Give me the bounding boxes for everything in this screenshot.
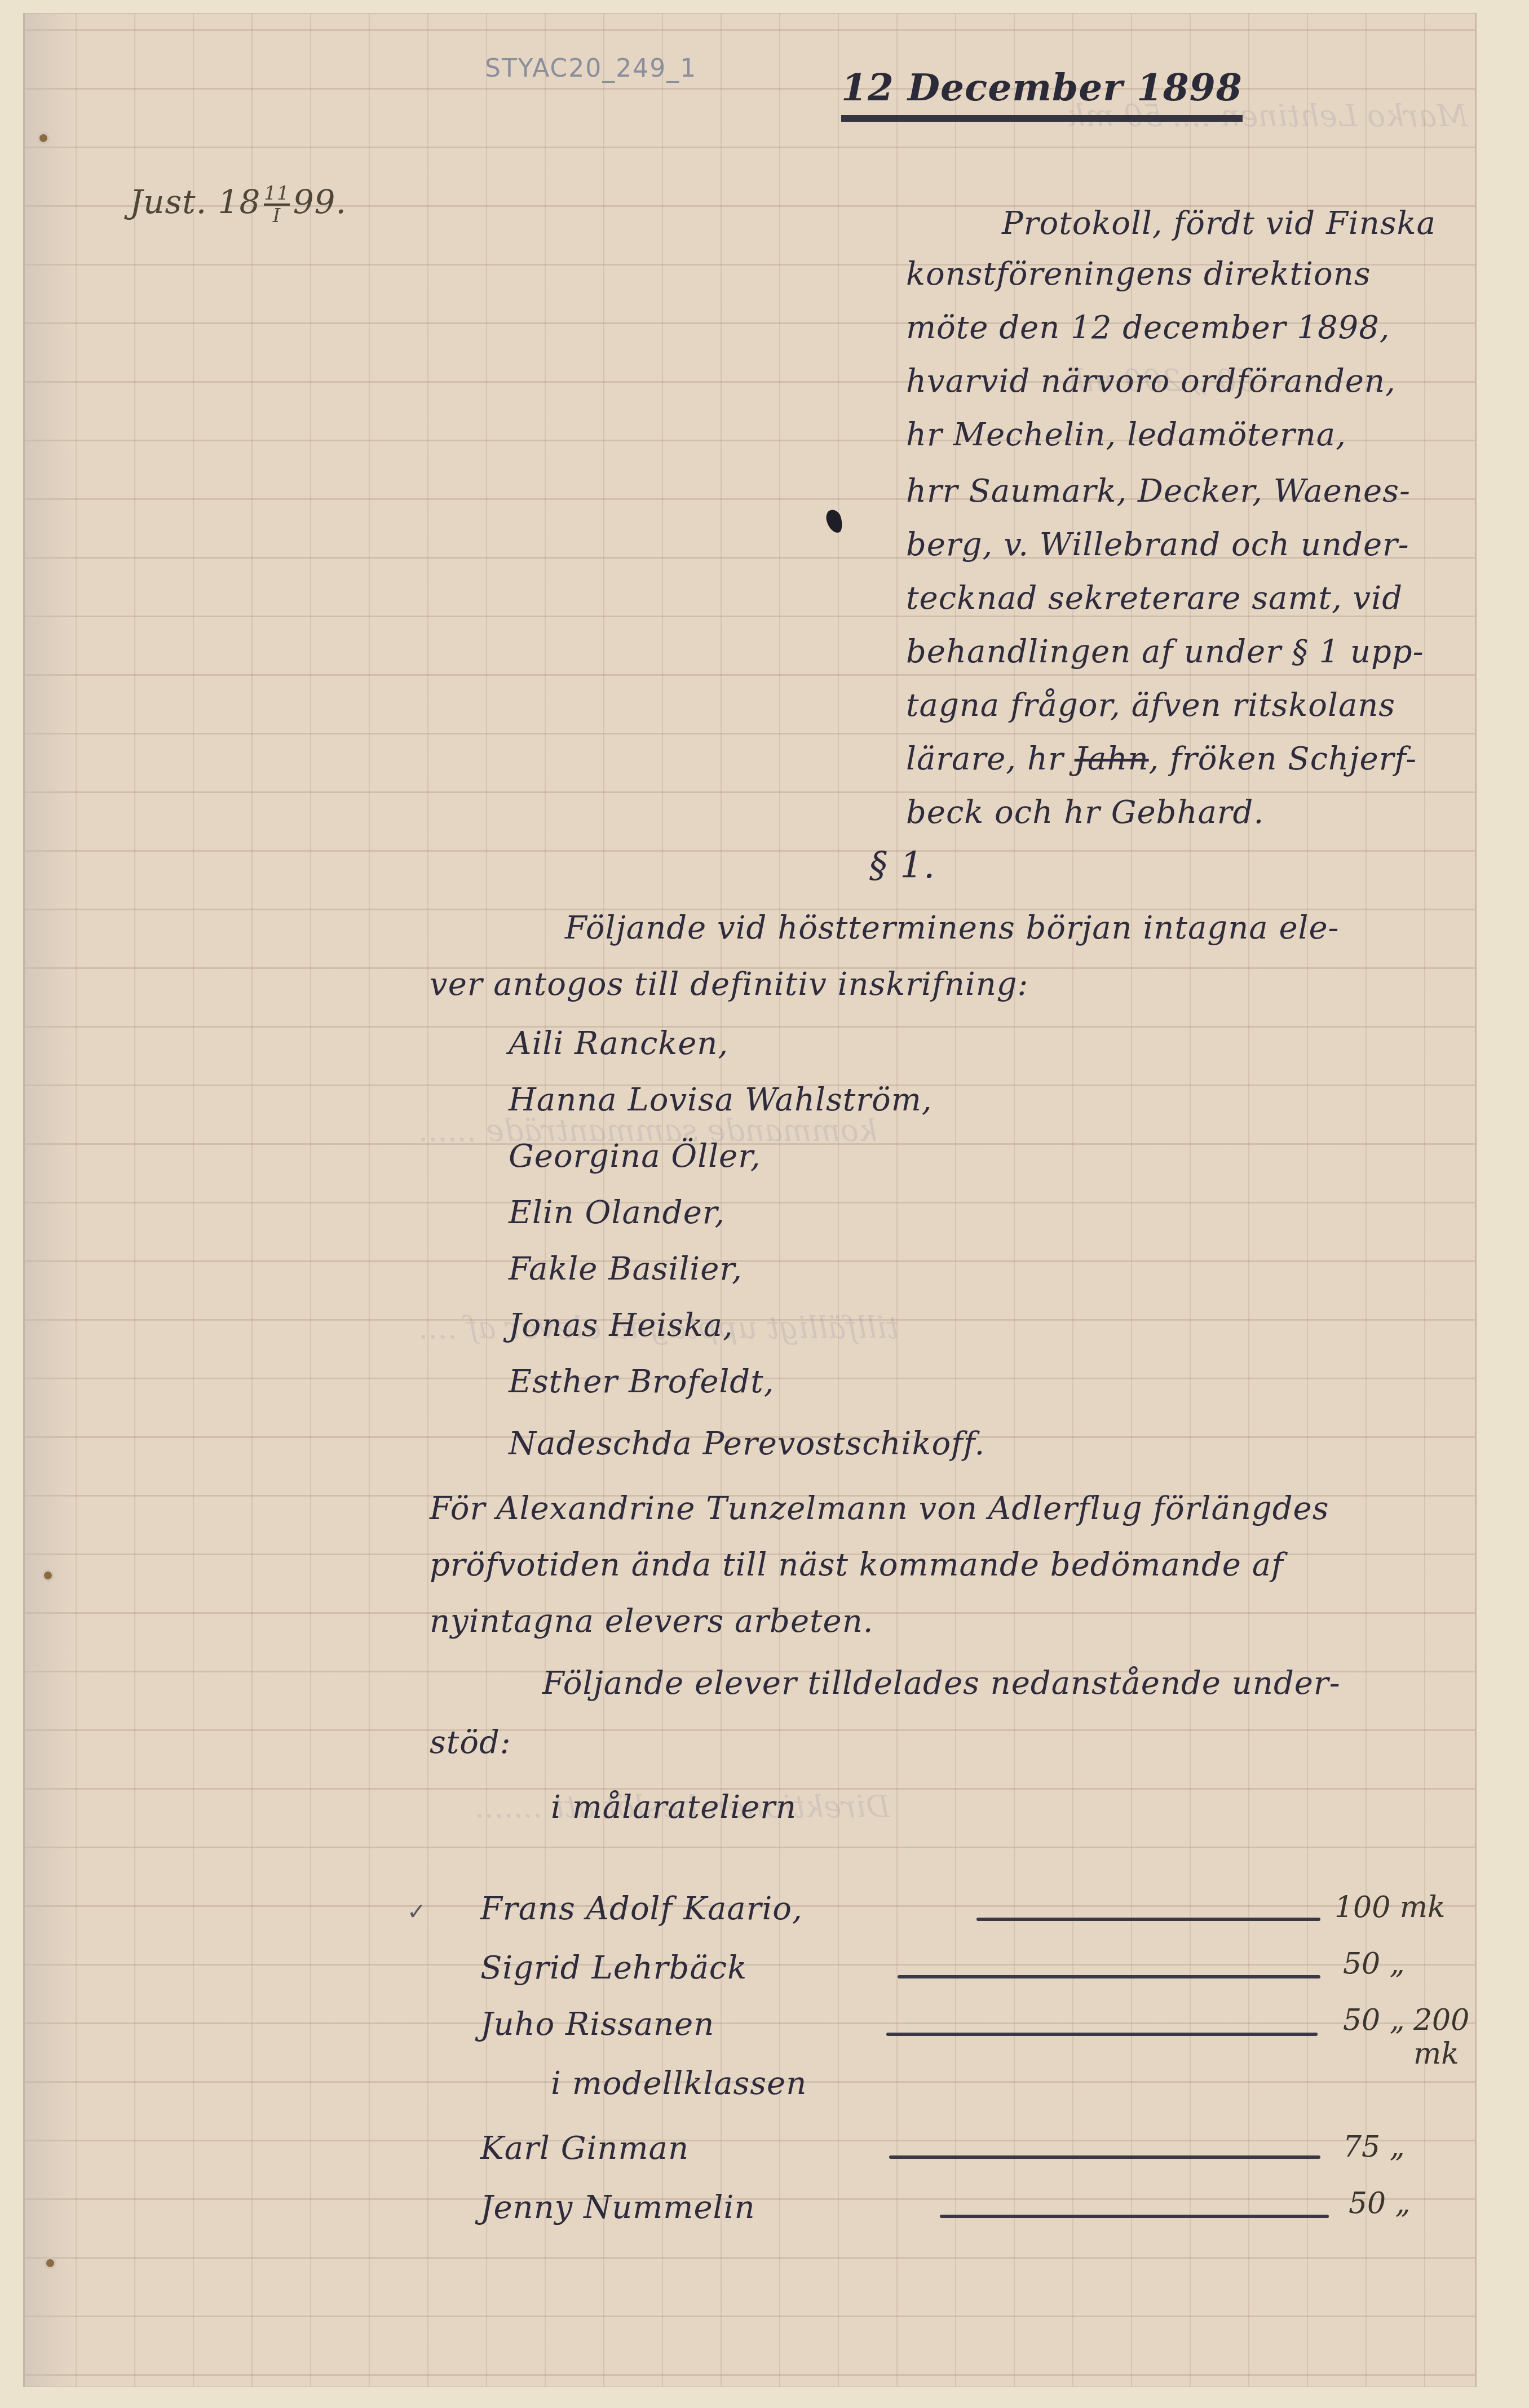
student-name: Aili Rancken, — [509, 1025, 728, 1062]
preamble-line: hvarvid närvoro ordföranden, — [906, 363, 1396, 400]
paragraph-line: pröfvotiden ända till näst kommande bedö… — [430, 1547, 1284, 1583]
leader-line — [898, 1975, 1320, 1978]
preamble-line: lärare, hr Jahn, fröken Schjerf- — [906, 741, 1417, 777]
stipend-amount: 50 „ — [1349, 2186, 1411, 2220]
approval-prefix: Just. 18 — [130, 183, 260, 221]
fraction-top: 11 — [264, 183, 289, 206]
paragraph-line: Följande vid höstterminens början intagn… — [565, 910, 1340, 946]
stipend-recipient: Juho Rissanen — [480, 2006, 714, 2043]
stipend-amount: 50 „ — [1343, 2003, 1405, 2037]
student-name: Hanna Lovisa Wahlström, — [509, 1082, 933, 1118]
student-name: Esther Brofeldt, — [509, 1364, 774, 1400]
struck-word: Jahn — [1075, 741, 1149, 777]
section-heading: § 1. — [869, 845, 935, 887]
preamble-line: konstföreningens direktions — [906, 256, 1371, 293]
leader-line — [976, 1918, 1320, 1921]
preamble-line: berg, v. Willebrand och under- — [906, 526, 1409, 563]
paragraph-line: För Alexandrine Tunzelmann von Adlerflug… — [430, 1490, 1329, 1527]
paragraph-line: stöd: — [430, 1724, 511, 1761]
preamble-line: hrr Saumark, Decker, Waenes- — [906, 473, 1411, 510]
stipend-amount: 75 „ — [1343, 2130, 1405, 2164]
date-heading: 12 December 1898 — [841, 65, 1243, 122]
student-name: Jonas Heiska, — [509, 1307, 733, 1344]
stipend-amount: 100 mk — [1334, 1891, 1446, 1924]
preamble-line: Protokoll, fördt vid Finska — [1002, 205, 1436, 242]
stipend-subtotal: 200 mk — [1413, 2003, 1476, 2071]
preamble-line: behandlingen af under § 1 upp- — [906, 634, 1424, 670]
preamble-line-end: fröken Schjerf- — [1170, 741, 1417, 777]
archive-id-stamp: STYAC20_249_1 — [485, 54, 697, 83]
leader-line — [889, 2155, 1320, 2159]
check-mark-icon: ✓ — [407, 1899, 426, 1925]
leader-line — [940, 2215, 1329, 2218]
stipend-recipient: Sigrid Lehrbäck — [480, 1950, 747, 1986]
manuscript-page: Marko Lehtinen .... 50 mk ............ 5… — [24, 14, 1476, 2387]
stipend-recipient: Jenny Nummelin — [480, 2189, 755, 2226]
paragraph-line: ver antogos till definitiv inskrifning: — [430, 966, 1028, 1003]
student-name: Fakle Basilier, — [509, 1251, 743, 1287]
stipend-group-heading: i modellklassen — [551, 2065, 807, 2102]
punch-hole-top — [37, 132, 50, 144]
punch-hole-middle — [42, 1569, 54, 1582]
student-name: Nadeschda Perevostschikoff. — [509, 1426, 985, 1462]
leader-line — [886, 2033, 1318, 2036]
punch-hole-bottom — [44, 2257, 56, 2269]
stipend-group-heading: i målarateliern — [551, 1789, 797, 1826]
student-name: Elin Olander, — [509, 1194, 725, 1231]
ink-blot — [824, 508, 845, 534]
stipend-amount: 50 „ — [1343, 1947, 1405, 1981]
preamble-line: hr Mechelin, ledamöterna, — [906, 417, 1346, 453]
paragraph-line: Följande elever tilldelades nedanstående… — [542, 1665, 1341, 1702]
preamble-line: beck och hr Gebhard. — [906, 794, 1264, 831]
approval-suffix: 99. — [293, 183, 347, 221]
fraction-bottom: I — [264, 206, 289, 226]
approval-date-fraction: 11I — [264, 183, 289, 226]
preamble-line-start: lärare, hr — [906, 741, 1064, 777]
preamble-line: tecknad sekreterare samt, vid — [906, 580, 1403, 617]
preamble-line: tagna frågor, äfven ritskolans — [906, 687, 1395, 724]
student-name: Georgina Öller, — [509, 1138, 761, 1175]
marginal-approval-note: Just. 1811I99. — [130, 183, 347, 226]
stipend-recipient: Karl Ginman — [480, 2130, 689, 2167]
stipend-recipient: Frans Adolf Kaario, — [480, 1891, 803, 1927]
preamble-line: möte den 12 december 1898, — [906, 309, 1390, 346]
paragraph-line: nyintagna elevers arbeten. — [430, 1603, 874, 1640]
